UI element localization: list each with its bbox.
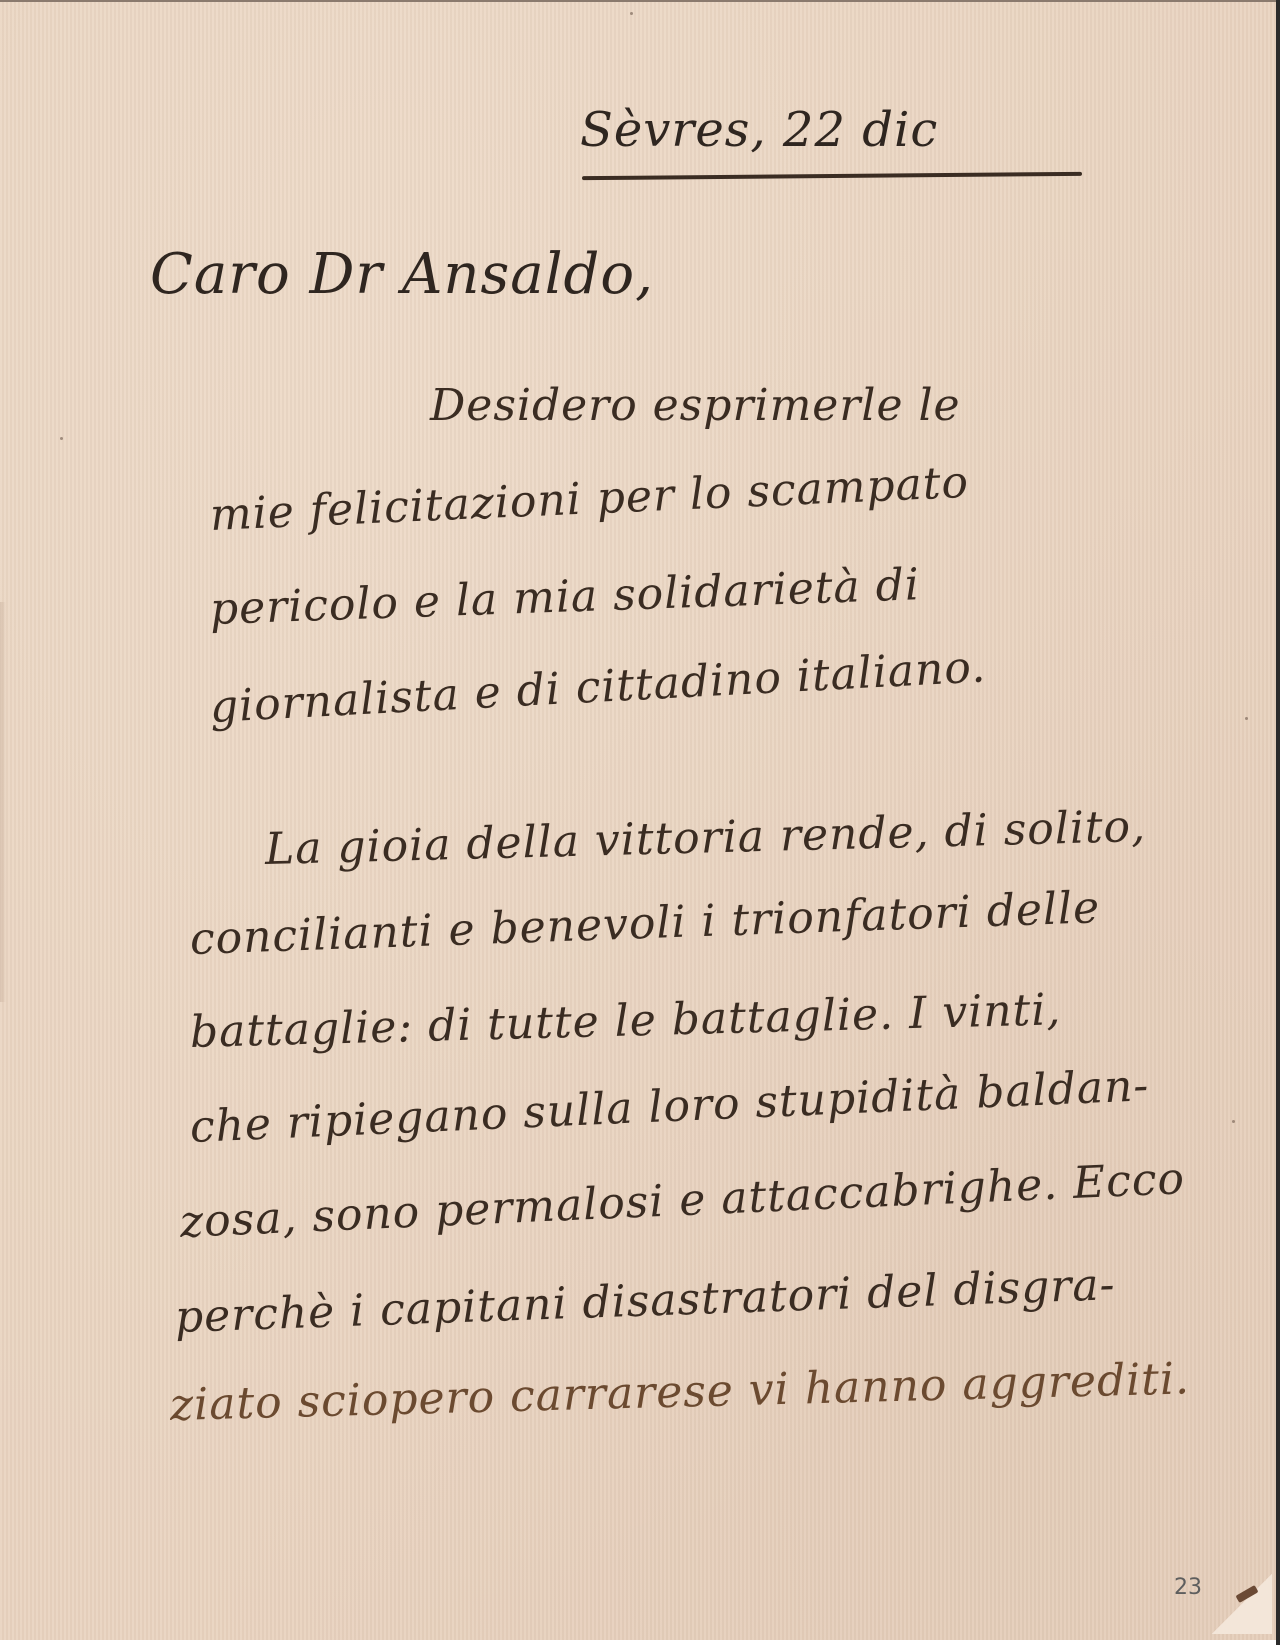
paper-fold-shadow (0, 602, 6, 1002)
paper-speck (60, 437, 63, 440)
letter-line-2: mie felicitazioni per lo scampato (209, 457, 970, 541)
letter-line-3: pericolo e la mia solidarietà di (209, 559, 921, 635)
paper-speck (630, 12, 633, 15)
letter-date: Sèvres, 22 dic (580, 102, 938, 158)
date-underline (582, 172, 1082, 180)
letter-line-6: concilianti e benevoli i trionfatori del… (189, 882, 1101, 965)
letter-line-7: battaglie: di tutte le battaglie. I vint… (189, 984, 1062, 1058)
letter-line-10: perchè i capitani disastratori del disgr… (174, 1259, 1116, 1343)
letter-line-1: Desidero esprimerle le (430, 380, 961, 431)
letter-line-11: ziato sciopero carrarese vi hanno aggred… (169, 1353, 1190, 1431)
scan-edge (1276, 0, 1280, 1645)
letter-salutation: Caro Dr Ansaldo, (150, 242, 654, 307)
letter-line-5: La gioia della vittoria rende, di solito… (264, 801, 1146, 875)
letter-line-8: che ripiegano sulla loro stupidità balda… (189, 1060, 1150, 1153)
letter-sheet: Sèvres, 22 dic Caro Dr Ansaldo, Desidero… (0, 0, 1276, 1640)
letter-line-9: zosa, sono permalosi e attaccabrighe. Ec… (179, 1153, 1186, 1248)
archive-page-number: 23 (1174, 1575, 1202, 1600)
dog-eared-corner (1212, 1574, 1272, 1634)
paper-speck (1245, 717, 1248, 720)
paper-speck (1232, 1120, 1235, 1123)
letter-line-4: giornalista e di cittadino italiano. (209, 641, 988, 733)
